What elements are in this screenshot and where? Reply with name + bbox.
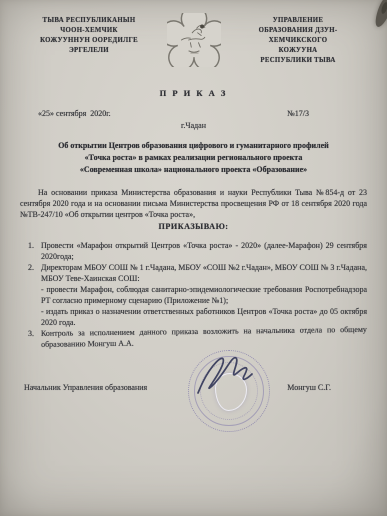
org-right-line: ХЕМЧИКСКОГО [229, 36, 367, 46]
order-item-1: 1. Провести «Марафон открытий Центров «Т… [28, 240, 367, 262]
org-name-left: ТЫВА РЕСПУБЛИКАНЫН ЧООН-ХЕМЧИК КОЖУУННУН… [20, 16, 158, 56]
org-right-line: КОЖУУНА [229, 46, 367, 56]
doc-title: Об открытии Центров образования цифровог… [20, 140, 367, 176]
doc-number: №17/3 [287, 109, 309, 118]
org-left-line: ТЫВА РЕСПУБЛИКАНЫН [20, 16, 158, 26]
signatory-name: Монгуш С.Г. [287, 383, 331, 392]
order-subitem-1: - провести Марафон, соблюдая санитарно-э… [41, 284, 367, 306]
item-number: 1. [28, 240, 41, 262]
org-left-line: ЧООН-ХЕМЧИК [20, 26, 158, 36]
org-right-line: ОБРАЗОВАНИЯ ДЗУН- [229, 26, 367, 36]
item-text: Директорам МБОУ СОШ № 1 г.Чадана, МБОУ «… [41, 262, 367, 328]
emblem-seal-icon [167, 13, 221, 67]
signatory-position: Начальник Управления образования [24, 383, 147, 392]
document-header: ТЫВА РЕСПУБЛИКАНЫН ЧООН-ХЕМЧИК КОЖУУННУН… [20, 13, 367, 67]
doc-title-line: Об открытии Центров образования цифровог… [20, 140, 367, 152]
org-left-line: КОЖУУННУН ООРЕДИЛГЕ [20, 36, 158, 46]
scanned-order-document: ТЫВА РЕСПУБЛИКАНЫН ЧООН-ХЕМЧИК КОЖУУННУН… [0, 0, 387, 516]
signature-row: Начальник Управления образования Монгуш … [20, 383, 367, 392]
org-left-line: ЭРГЕЛЕЛИ [20, 46, 158, 56]
order-item-3: 3. Контроль за исполнением данного прика… [28, 324, 367, 350]
item-number: 2. [28, 262, 41, 328]
item-text: Контроль за исполнением данного приказа … [41, 324, 367, 350]
order-list: 1. Провести «Марафон открытий Центров «Т… [20, 240, 367, 350]
org-right-line: РЕСПУБЛИКИ ТЫВА [229, 56, 367, 66]
org-right-line: УПРАВЛЕНИЕ [229, 16, 367, 26]
item-number: 3. [28, 328, 41, 350]
org-name-right: УПРАВЛЕНИЕ ОБРАЗОВАНИЯ ДЗУН- ХЕМЧИКСКОГО… [229, 16, 367, 66]
order-keyword: ПРИКАЗЫВАЮ: [20, 221, 367, 232]
item-text: Провести «Марафон открытий Центров «Точк… [41, 240, 367, 262]
date-number-row: «25» сентября 2020г. №17/3 [20, 109, 367, 118]
doc-title-line: «Точка роста» в рамках реализации регион… [20, 152, 367, 164]
intro-paragraph: На основании приказа Министерства образо… [20, 187, 367, 220]
doc-city: г.Чадан [20, 121, 367, 130]
item-text-main: Директорам МБОУ СОШ № 1 г.Чадана, МБОУ «… [41, 262, 367, 284]
doc-type-heading: П Р И К А З [20, 88, 367, 98]
order-item-2: 2. Директорам МБОУ СОШ № 1 г.Чадана, МБО… [28, 262, 367, 328]
doc-title-line: «Современная школа» национального проект… [20, 164, 367, 176]
doc-date: «25» сентября 2020г. [38, 109, 111, 118]
